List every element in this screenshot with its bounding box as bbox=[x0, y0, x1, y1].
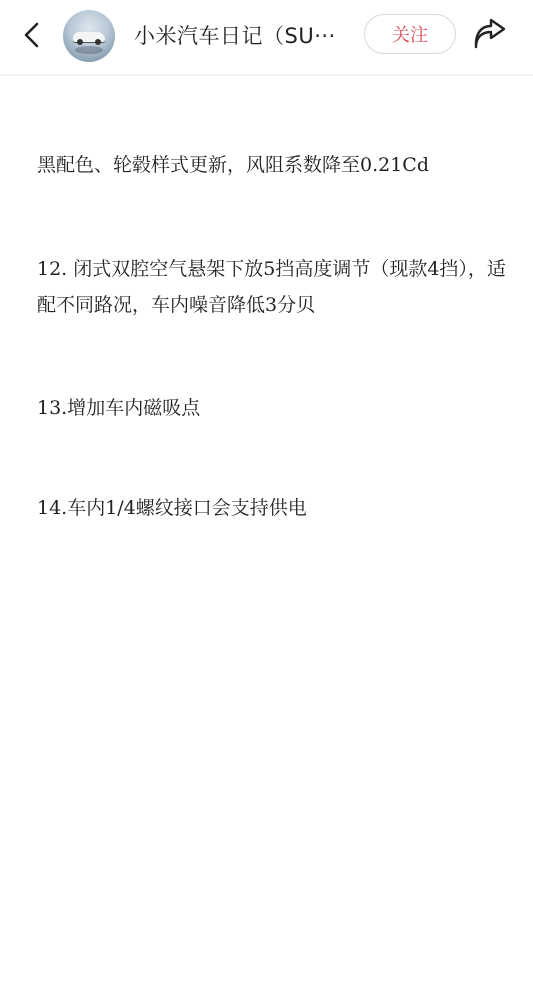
article-paragraph: 14.车内1/4螺纹接口会支持供电 bbox=[37, 490, 507, 526]
car-wheel bbox=[77, 39, 83, 45]
back-button[interactable] bbox=[18, 20, 46, 50]
article-paragraph: 12. 闭式双腔空气悬架下放5挡高度调节（现款4挡），适配不同路况，车内噪音降低… bbox=[37, 251, 507, 323]
car-wheel bbox=[95, 39, 101, 45]
top-nav-bar: 小米汽车日记（SU··· 关注 bbox=[0, 0, 533, 76]
share-arrow-icon bbox=[472, 18, 508, 52]
car-reflection bbox=[75, 46, 103, 54]
share-button[interactable] bbox=[472, 18, 508, 52]
avatar[interactable] bbox=[63, 10, 115, 62]
follow-button[interactable]: 关注 bbox=[364, 14, 456, 54]
account-title[interactable]: 小米汽车日记（SU··· bbox=[134, 20, 336, 50]
article-paragraph: 13.增加车内磁吸点 bbox=[37, 390, 507, 426]
chevron-left-icon bbox=[18, 20, 46, 50]
article-paragraph: 黑配色、轮毂样式更新，风阻系数降至0.21Cd bbox=[37, 147, 507, 183]
